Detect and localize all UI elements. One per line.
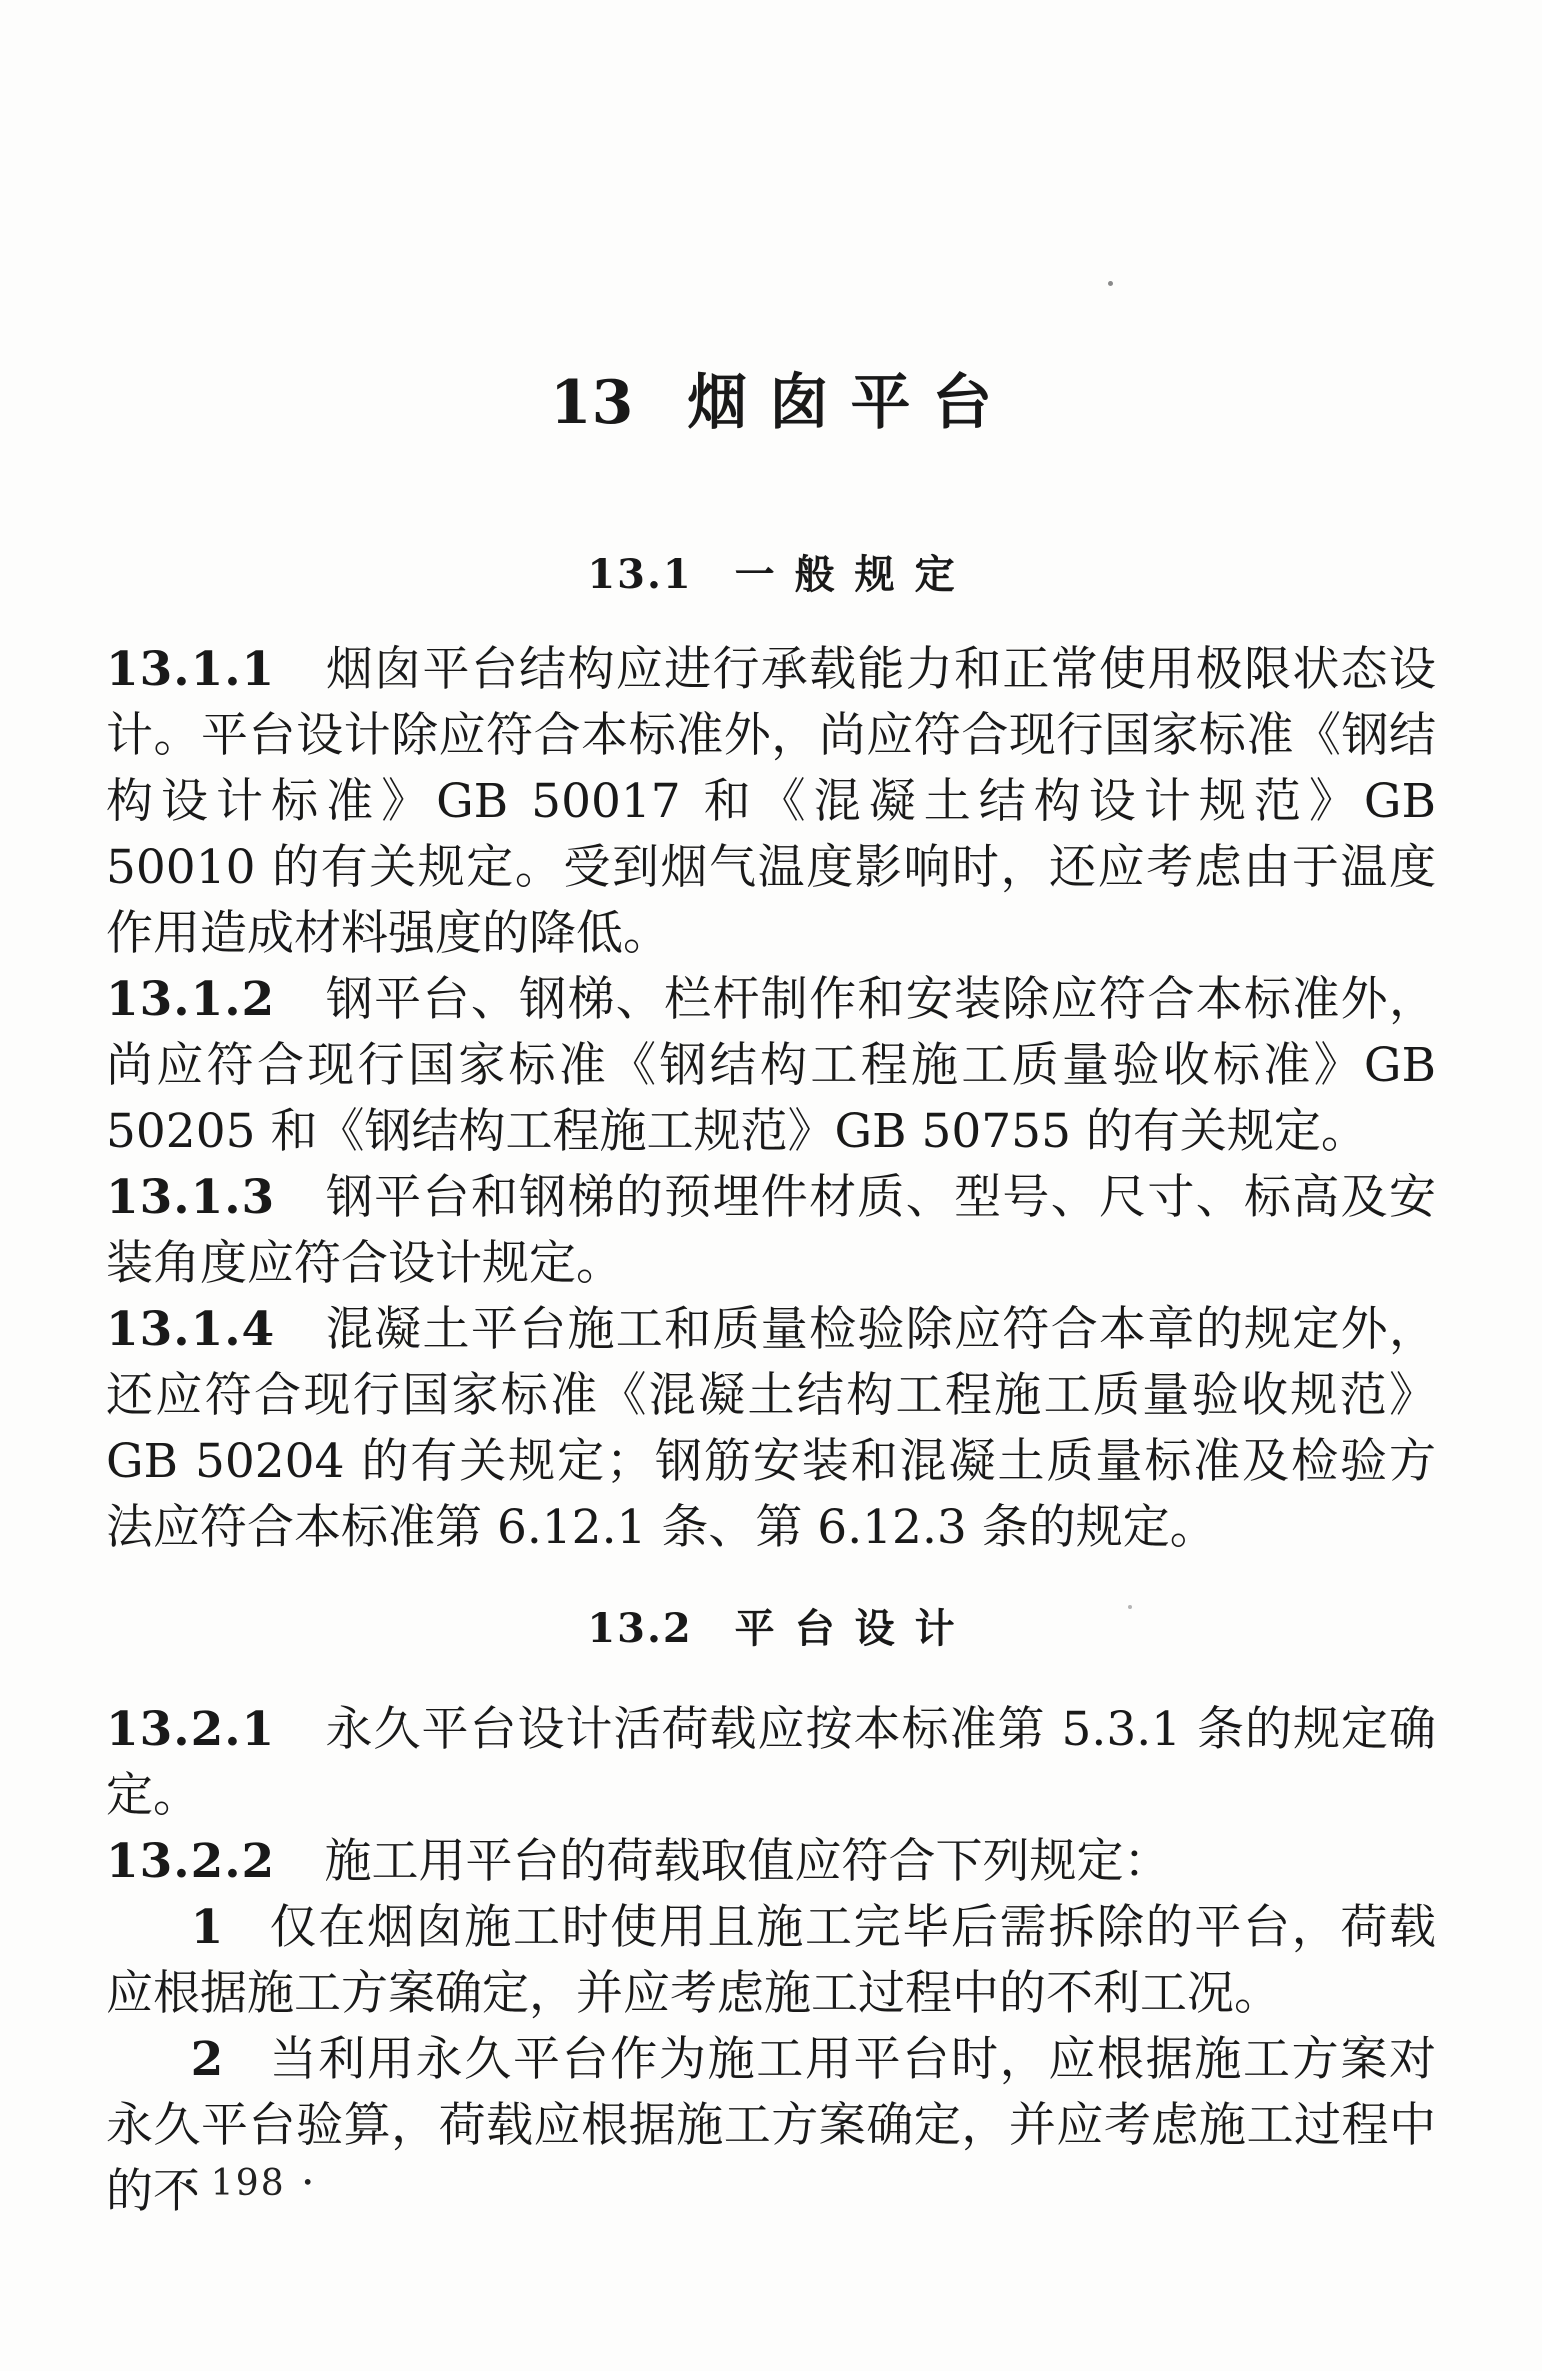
chapter-number: 13	[550, 368, 634, 438]
document-page: 13 烟囱平台 13.1 一般规定 13.1.1烟囱平台结构应进行承载能力和正常…	[0, 0, 1542, 2371]
clause-text: 烟囱平台结构应进行承载能力和正常使用极限状态设计。平台设计除应符合本标准外，尚应…	[106, 642, 1436, 961]
clause-text: 混凝土平台施工和质量检验除应符合本章的规定外，还应符合现行国家标准《混凝土结构工…	[106, 1302, 1436, 1555]
list-item-1: 1仅在烟囱施工时使用且施工完毕后需拆除的平台，荷载应根据施工方案确定，并应考虑施…	[106, 1895, 1436, 2027]
clause-number: 13.1.4	[106, 1302, 275, 1357]
clause-13-1-4: 13.1.4混凝土平台施工和质量检验除应符合本章的规定外，还应符合现行国家标准《…	[106, 1297, 1436, 1561]
footer-dot: •	[302, 2171, 314, 2194]
footer-dot: •	[183, 2171, 195, 2194]
section-title-text: 平台设计	[735, 1605, 975, 1652]
chapter-title: 13 烟囱平台	[106, 0, 1436, 434]
clause-text: 永久平台设计活荷载应按本标准第 5.3.1 条的规定确定。	[106, 1702, 1436, 1823]
clause-number: 13.1.2	[106, 972, 275, 1027]
section-number: 13.1	[587, 551, 692, 598]
chapter-title-text: 烟囱平台	[687, 368, 1013, 438]
page-footer: •198•	[183, 2160, 314, 2207]
section-heading-13-1: 13.1 一般规定	[106, 550, 1436, 600]
clause-13-2-2: 13.2.2施工用平台的荷载取值应符合下列规定：	[106, 1829, 1436, 1895]
page-number: 198	[211, 2163, 286, 2204]
clause-text: 施工用平台的荷载取值应符合下列规定：	[325, 1834, 1171, 1889]
section-title-text: 一般规定	[735, 551, 975, 598]
clause-text: 钢平台、钢梯、栏杆制作和安装除应符合本标准外，尚应符合现行国家标准《钢结构工程施…	[106, 972, 1436, 1159]
clause-number: 13.2.1	[106, 1702, 275, 1757]
clause-13-1-3: 13.1.3钢平台和钢梯的预埋件材质、型号、尺寸、标高及安装角度应符合设计规定。	[106, 1165, 1436, 1297]
clause-text: 钢平台和钢梯的预埋件材质、型号、尺寸、标高及安装角度应符合设计规定。	[106, 1170, 1436, 1291]
section-number: 13.2	[587, 1605, 692, 1652]
clause-number: 13.1.3	[106, 1170, 275, 1225]
clause-13-1-2: 13.1.2钢平台、钢梯、栏杆制作和安装除应符合本标准外，尚应符合现行国家标准《…	[106, 967, 1436, 1165]
clause-13-2-1: 13.2.1永久平台设计活荷载应按本标准第 5.3.1 条的规定确定。	[106, 1697, 1436, 1829]
item-number: 1	[191, 1900, 224, 1955]
page-content: 13 烟囱平台 13.1 一般规定 13.1.1烟囱平台结构应进行承载能力和正常…	[106, 0, 1436, 2225]
clause-number: 13.2.2	[106, 1834, 275, 1889]
clause-number: 13.1.1	[106, 642, 275, 697]
item-number: 2	[191, 2032, 224, 2087]
clause-13-1-1: 13.1.1烟囱平台结构应进行承载能力和正常使用极限状态设计。平台设计除应符合本…	[106, 637, 1436, 967]
section-heading-13-2: 13.2 平台设计	[106, 1604, 1436, 1654]
item-text: 仅在烟囱施工时使用且施工完毕后需拆除的平台，荷载应根据施工方案确定，并应考虑施工…	[106, 1900, 1436, 2021]
